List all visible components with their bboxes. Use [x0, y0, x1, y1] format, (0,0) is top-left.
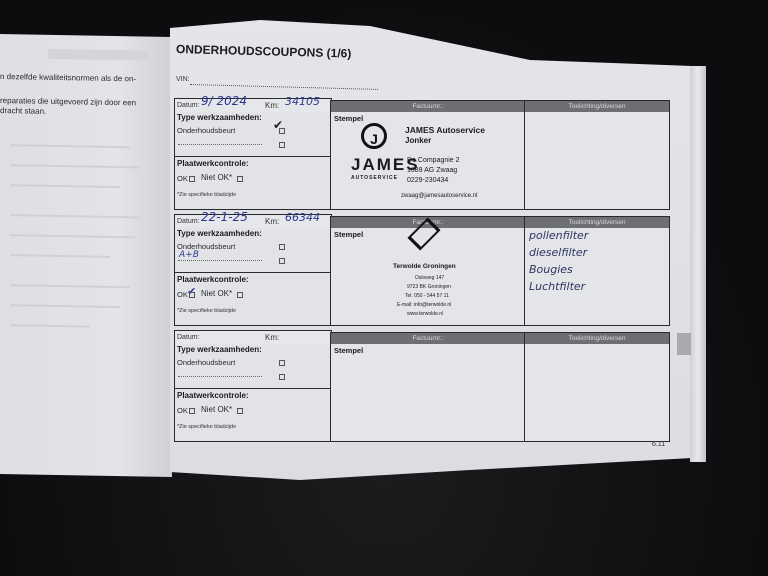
bodywork-heading: Plaatwerkcontrole: [177, 275, 249, 284]
km-label: Km: [265, 101, 279, 110]
section-tab-marker [677, 333, 691, 355]
not-ok-label: Niet OK* [201, 173, 232, 182]
ok-label: OK [177, 406, 188, 415]
ok-checkbox[interactable] [189, 176, 195, 182]
stamp-label: Stempel [334, 114, 363, 123]
bodywork-heading: Plaatwerkcontrole: [177, 391, 249, 400]
extra-checkbox[interactable] [279, 258, 285, 264]
stamp-label: Stempel [334, 346, 363, 355]
km-label: Km: [265, 217, 279, 226]
work-type-heading: Type werkzaamheden: [177, 229, 262, 238]
work-type-heading: Type werkzaamheden: [177, 345, 262, 354]
stamp-label: Stempel [334, 230, 363, 239]
vin-label: VIN: [176, 76, 190, 83]
km-label: Km: [265, 333, 279, 342]
note-line[interactable]: Luchtfilter [529, 280, 585, 293]
date-km-row: Datum: 22-1-25 Km: 66344 [174, 214, 332, 229]
stamp-city: 1689 AG Zwaag [407, 167, 457, 174]
date-value[interactable]: 22-1-25 [201, 210, 248, 224]
notes-area: Toelichting/diversen [524, 100, 670, 210]
stamp-area: Factuurnr.: Stempel [330, 332, 526, 442]
km-value[interactable]: 34105 [285, 95, 320, 108]
not-ok-checkbox[interactable] [237, 176, 243, 182]
stamp-sub: Jonker [405, 136, 431, 145]
stamp-logo-sub: AUTOSERVICE [351, 175, 398, 181]
james-logo-icon: J [361, 123, 387, 149]
left-text-line: dracht staan. [0, 106, 46, 117]
stamp-area: Factuurnr.: Stempel J JAMES Autoservice … [330, 100, 526, 210]
note-line[interactable]: Bougies [529, 263, 573, 276]
stamp-city: 9723 BK Groningen [407, 284, 451, 290]
not-ok-checkbox[interactable] [237, 292, 243, 298]
footnote: *Zie specifieke bladzijde [177, 308, 236, 314]
notes-header: Toelichting/diversen [525, 101, 669, 112]
page-number: 6.11 [652, 441, 665, 448]
notes-header: Toelichting/diversen [525, 333, 669, 344]
notes-header: Toelichting/diversen [525, 217, 669, 228]
extra-work-line[interactable] [178, 144, 262, 145]
date-label: Datum: [177, 334, 200, 341]
stamp-web: www.terwolde.nl [407, 311, 443, 317]
note-line[interactable]: dieselfilter [529, 246, 587, 259]
extra-checkbox[interactable] [279, 142, 285, 148]
left-text-line: n dezelfde kwaliteitsnormen als de on- [0, 72, 136, 84]
bodywork-heading: Plaatwerkcontrole: [177, 159, 249, 168]
footnote: *Zie specifieke bladzijde [177, 192, 236, 198]
note-line[interactable]: pollenfilter [529, 229, 588, 242]
notes-area: Toelichting/diversen pollenfilterdieself… [524, 216, 670, 326]
ok-checkbox[interactable] [189, 292, 195, 298]
date-label: Datum: [177, 218, 200, 225]
not-ok-checkbox[interactable] [237, 408, 243, 414]
stamp-address: Osloweg 147 [415, 275, 444, 281]
service-label: Onderhoudsbeurt [177, 126, 235, 135]
service-checkbox[interactable] [279, 360, 285, 366]
invoice-number-header: Factuurnr.: [331, 101, 525, 112]
date-label: Datum: [177, 102, 200, 109]
extra-work-line[interactable] [178, 260, 262, 261]
km-value[interactable]: 66344 [285, 211, 320, 224]
extra-work[interactable]: A+B [179, 250, 199, 260]
extra-checkbox[interactable] [279, 374, 285, 380]
left-page-heading [48, 49, 148, 61]
extra-work-line[interactable] [178, 376, 262, 377]
date-value[interactable]: 9/ 2024 [201, 94, 247, 108]
ok-label: OK [177, 174, 188, 183]
page-edge [690, 66, 706, 462]
stamp-company: Terwolde Groningen [393, 263, 456, 270]
invoice-number-header: Factuurnr.: [331, 333, 525, 344]
stamp-phone: Tel. 050 - 544 57 11 [405, 293, 449, 299]
service-checkbox[interactable] [279, 244, 285, 250]
work-section: Type werkzaamheden: Onderhoudsbeurt Plaa… [174, 344, 332, 442]
stamp-email: E-mail: info@terwolde.nl [397, 302, 451, 308]
stamp-address: De Compagnie 2 [407, 157, 460, 164]
stamp-area: Factuurnr.: Stempel Terwolde Groningen O… [330, 216, 526, 326]
service-checkbox[interactable] [279, 128, 285, 134]
footnote: *Zie specifieke bladzijde [177, 424, 236, 430]
ok-checkbox[interactable] [189, 408, 195, 414]
date-km-row: Datum: Km: [174, 330, 332, 345]
stamp-email: zwaag@jamesautoservice.nl [401, 193, 477, 199]
service-label: Onderhoudsbeurt [177, 358, 235, 367]
not-ok-label: Niet OK* [201, 405, 232, 414]
stamp-phone: 0229-230434 [407, 177, 448, 184]
stamp-company: JAMES Autoservice [405, 125, 485, 135]
left-page: n dezelfde kwaliteitsnormen als de on- r… [0, 34, 172, 477]
not-ok-label: Niet OK* [201, 289, 232, 298]
work-section: Type werkzaamheden: Onderhoudsbeurt ✔ Pl… [174, 112, 332, 210]
date-km-row: Datum: 9/ 2024 Km: 34105 [174, 98, 332, 113]
work-type-heading: Type werkzaamheden: [177, 113, 262, 122]
notes-area: Toelichting/diversen [524, 332, 670, 442]
work-section: Type werkzaamheden: Onderhoudsbeurt A+B … [174, 228, 332, 326]
